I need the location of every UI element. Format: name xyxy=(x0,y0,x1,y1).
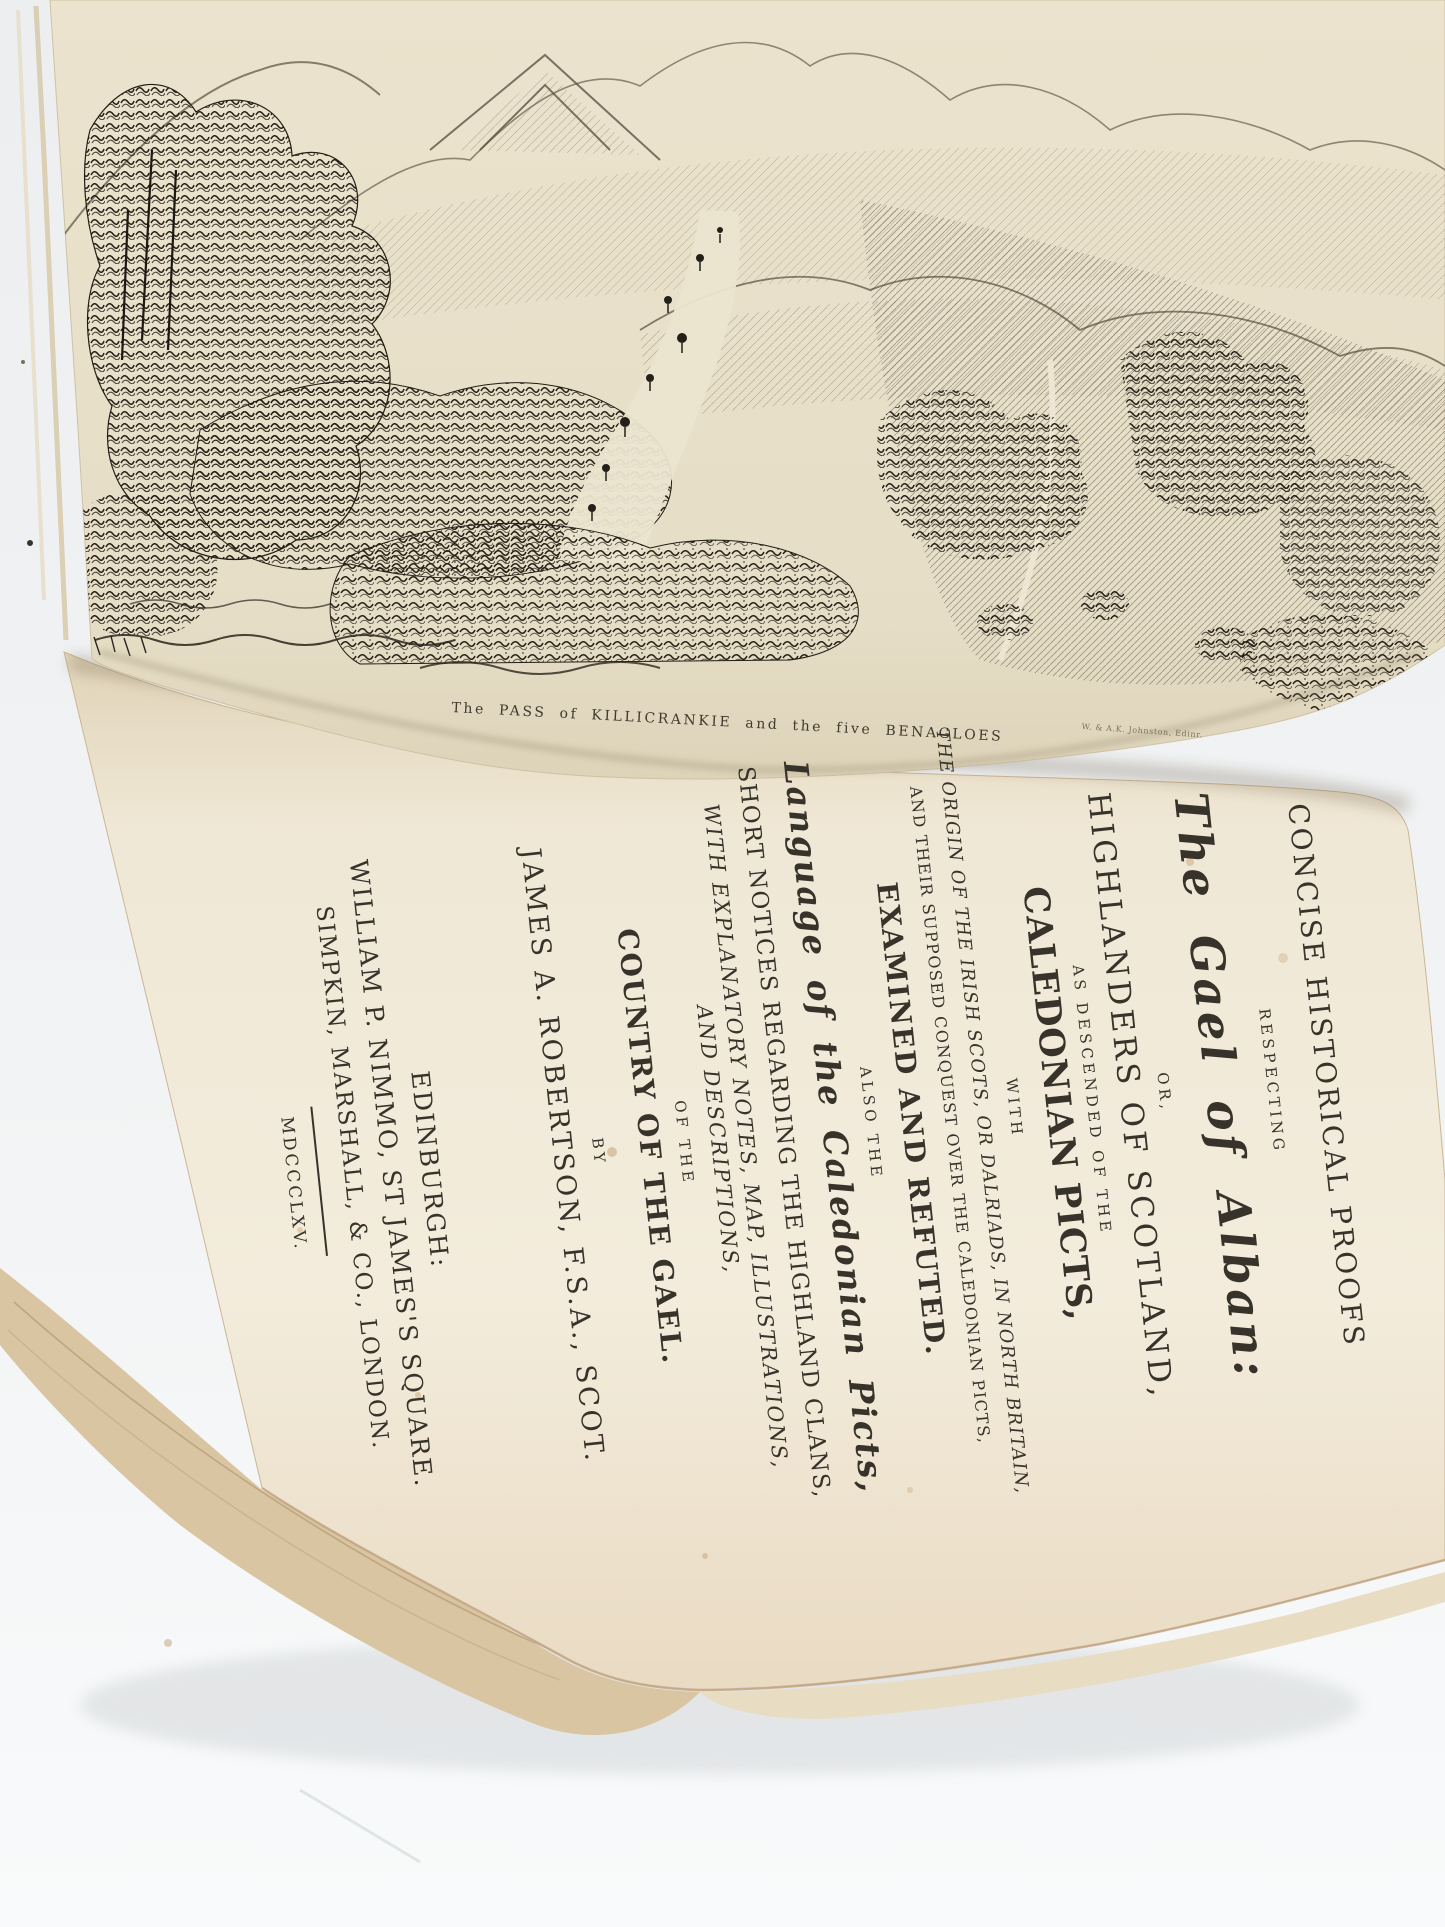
line-of-the: OF THE xyxy=(670,1100,696,1187)
line-or: OR, xyxy=(1153,1072,1174,1114)
line-date: MDCCCLXV. xyxy=(276,1116,310,1252)
line-with: WITH xyxy=(1002,1077,1025,1139)
table-scratch xyxy=(300,1790,420,1862)
line-by: BY xyxy=(588,1137,608,1167)
title-page-text: CONCISE HISTORICAL PROOFS RESPECTING The… xyxy=(32,616,1391,1664)
imprint-rule xyxy=(311,1107,329,1256)
line-respecting: RESPECTING xyxy=(1255,1008,1287,1155)
line-also-the: ALSO THE xyxy=(856,1066,885,1181)
photo-of-open-antique-book: The PASS of KILLICRANKIE and the five BE… xyxy=(0,0,1445,1927)
line-gael-of-alban: The Gael of Alban: xyxy=(1163,790,1277,1383)
